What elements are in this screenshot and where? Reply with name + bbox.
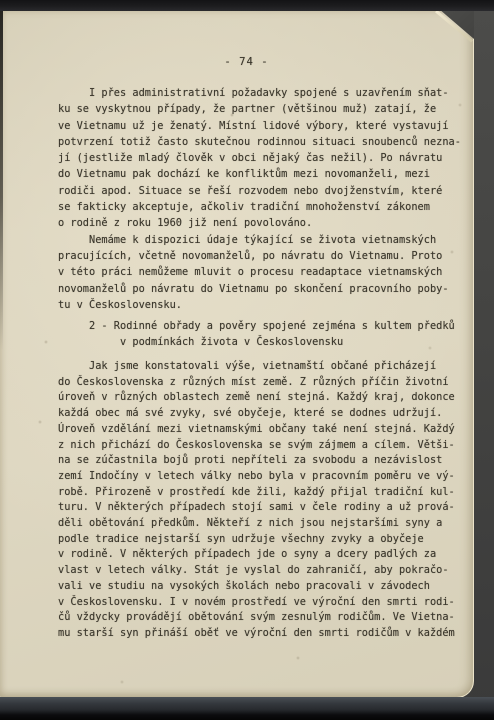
scan-backdrop: - 74 - I přes administrativní požadavky … xyxy=(0,0,494,720)
text-line: mu starší syn přináší oběť ve výroční de… xyxy=(58,626,461,642)
text-line: do Vietnamu pak dochází ke konfliktům me… xyxy=(58,166,461,182)
text-line: v Československu. I v novém prostředí ve… xyxy=(58,595,461,611)
text-line: vali ve studiu na vysokých školách nebo … xyxy=(58,579,461,595)
text-line: tu v Československu. xyxy=(58,297,461,313)
text-line: ku se vyskytnou případy, že partner (vět… xyxy=(58,101,461,117)
text-line: každá obec má své zvyky, své obyčeje, kt… xyxy=(58,406,461,422)
paragraph-1: I přes administrativní požadavky spojené… xyxy=(58,85,461,232)
text-line: ve Vietnamu už je ženatý. Místní lidové … xyxy=(58,118,461,134)
text-line: v podmínkách života v Československu xyxy=(58,334,461,350)
text-line: 2 - Rodinné obřady a pověry spojené zejm… xyxy=(58,318,461,334)
text-line: čů vždycky provádějí obětování svým zesn… xyxy=(58,610,461,626)
text-line: zemí Indočíny v letech války nebo byla v… xyxy=(58,469,461,485)
text-line: v této práci nemůžeme mluvit o procesu r… xyxy=(58,264,461,280)
text-line: potvrzení totiž často skutečnou rodinnou… xyxy=(58,134,461,150)
text-line: Úroveň vzdělání mezi vietnamskými občany… xyxy=(58,422,461,438)
text-line: robě. Přirozeně v prostředí kde žili, ka… xyxy=(58,485,461,501)
text-line: z nich přichází do Československa se svý… xyxy=(58,438,461,454)
section-heading: 2 - Rodinné obřady a pověry spojené zejm… xyxy=(58,318,461,351)
text-line: v rodině. V některých případech jde o sy… xyxy=(58,547,461,563)
scan-top-band xyxy=(0,0,494,11)
page-number: - 74 - xyxy=(20,56,473,68)
paragraph-3: Jak jsme konstatovali výše, vietnamští o… xyxy=(58,359,461,642)
text-line: na se zúčastnila bojů proti nepříteli za… xyxy=(58,453,461,469)
body-text: I přes administrativní požadavky spojené… xyxy=(58,85,461,642)
text-line: Jak jsme konstatovali výše, vietnamští o… xyxy=(58,359,461,375)
page-corner-fold xyxy=(439,9,474,39)
text-line: děli obětování předkům. Někteří z nich j… xyxy=(58,516,461,532)
text-line: se fakticky akceptuje, ačkoliv tradiční … xyxy=(58,199,461,215)
text-line: úroveň v různých oblastech země není ste… xyxy=(58,390,461,406)
text-line: Nemáme k dispozici údaje týkající se živ… xyxy=(58,232,461,248)
text-line: pracujících, včetně novomanželů, po návr… xyxy=(58,248,461,264)
document-page: - 74 - I přes administrativní požadavky … xyxy=(0,10,474,698)
text-line: o rodině z roku 1960 již není povolováno… xyxy=(58,215,461,231)
text-line: podle tradice nejstarší syn udržuje všec… xyxy=(58,532,461,548)
text-line: rodiči apod. Situace se řeší rozvodem ne… xyxy=(58,183,461,199)
text-line: novomanželů po návratu do Vietnamu po sk… xyxy=(58,281,461,297)
text-line: turu. V některých případech stojí sami v… xyxy=(58,500,461,516)
paragraph-2: Nemáme k dispozici údaje týkající se živ… xyxy=(58,232,461,313)
page-left-shadow xyxy=(0,10,3,350)
text-line: vlast v letech války. Stát je vyslal do … xyxy=(58,563,461,579)
text-line: I přes administrativní požadavky spojené… xyxy=(58,85,461,101)
text-line: jí (jestliže mladý člověk v obci nějaký … xyxy=(58,150,461,166)
text-line: do Československa z různých míst země. Z… xyxy=(58,375,461,391)
scan-bottom-band xyxy=(0,697,494,720)
